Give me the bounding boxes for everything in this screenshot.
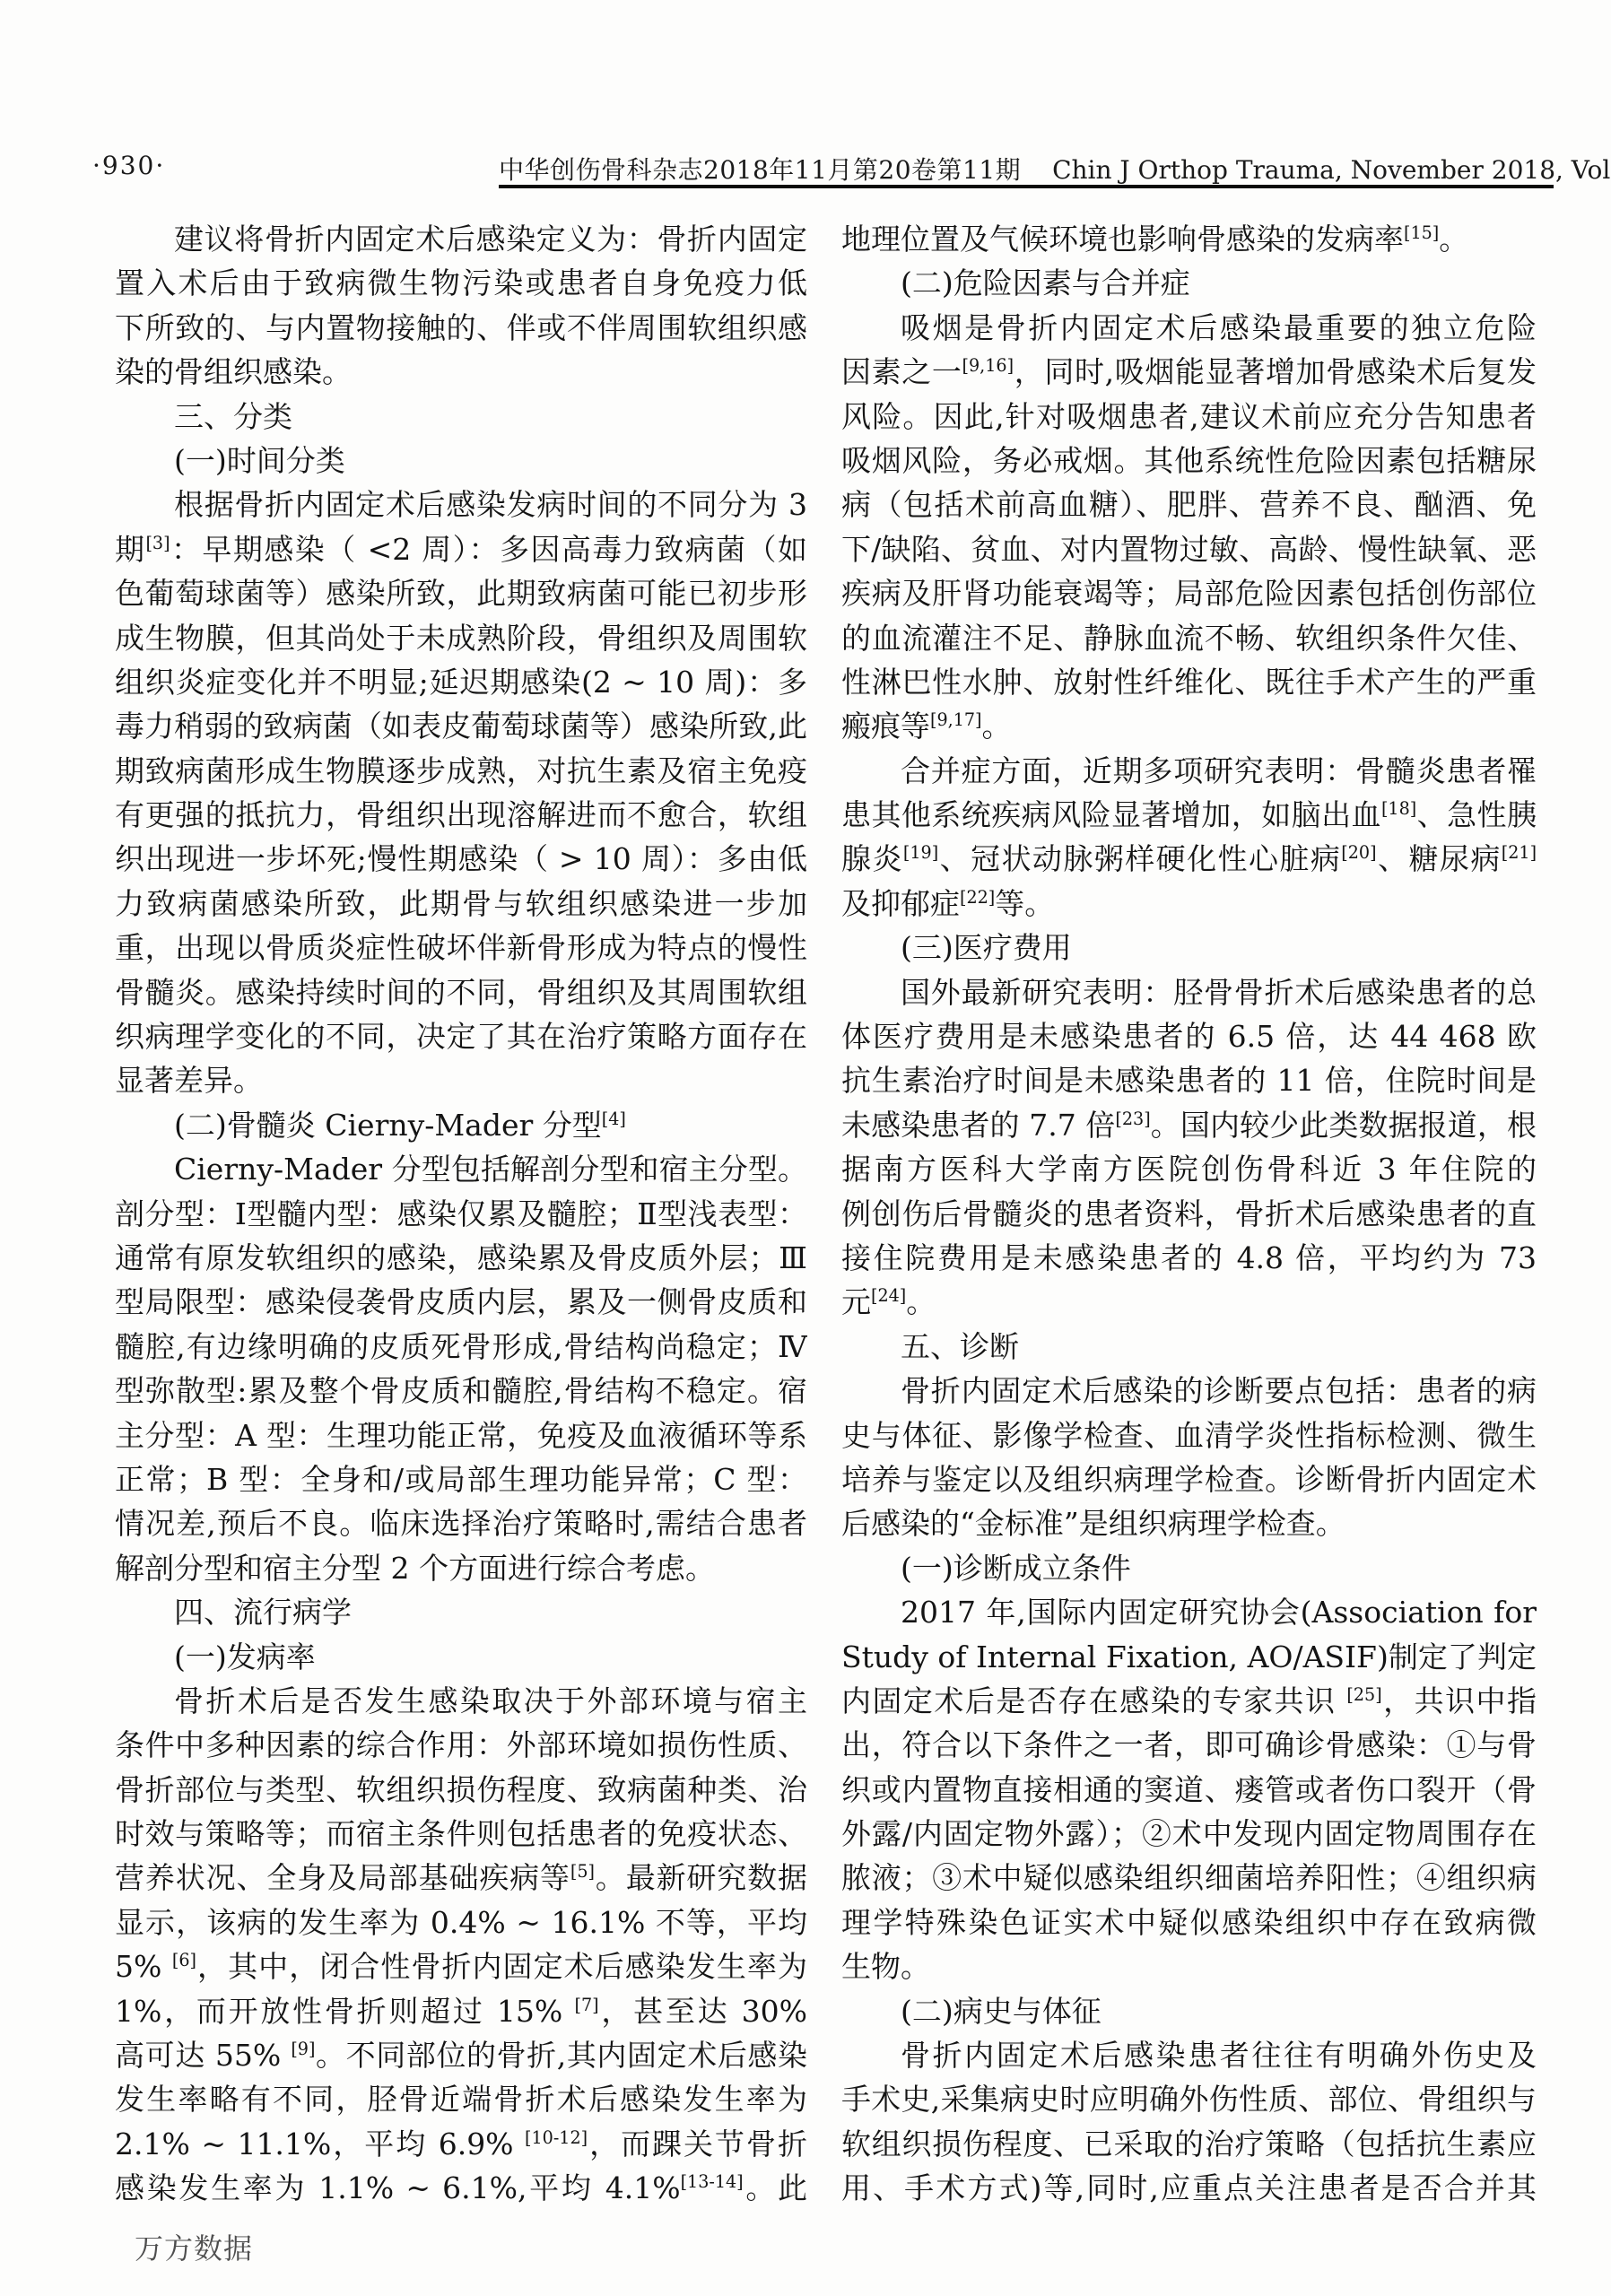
- text-line: 外露/内固定物外露）；②术中发现内固定物周围存在: [841, 1812, 1537, 1856]
- text-line: 织或内置物直接相通的窦道、瘘管或者伤口裂开（骨: [841, 1768, 1537, 1812]
- text-line: 据南方医科大学南方医院创伤骨科近 3 年住院的 278: [841, 1147, 1537, 1191]
- text-line: 根据骨折内固定术后感染发病时间的不同分为 3: [115, 483, 807, 526]
- text-line: (二)骨髓炎 Cierny-Mader 分型[4]: [115, 1103, 807, 1147]
- text-line: 成生物膜，但其尚处于未成熟阶段，骨组织及周围软: [115, 616, 807, 660]
- page-header: ·930· 中华创伤骨科杂志2018年11月第20卷第11期 Chin J Or…: [0, 151, 1611, 187]
- header-divider: [499, 185, 1554, 188]
- text-line: 型弥散型:累及整个骨皮质和髓腔,骨结构不稳定。宿: [115, 1369, 807, 1413]
- text-line: (三)医疗费用: [841, 926, 1537, 970]
- text-line: 接住院费用是未感染患者的 4.8 倍，平均约为 73 500: [841, 1236, 1537, 1280]
- journal-title-en: Chin J Orthop Trauma, November 2018, Vol…: [1052, 155, 1611, 185]
- text-line: 2017 年,国际内固定研究协会(Association for the: [841, 1590, 1537, 1634]
- text-line: 国外最新研究表明：胫骨骨折术后感染患者的总: [841, 970, 1537, 1014]
- text-line: 条件中多种因素的综合作用：外部环境如损伤性质、: [115, 1723, 807, 1767]
- text-line: 显示，该病的发生率为 0.4% ~ 16.1% 不等，平均约: [115, 1900, 807, 1944]
- text-line: 吸烟风险，务必戒烟。其他系统性危险因素包括糖尿: [841, 439, 1537, 483]
- text-line: 理学特殊染色证实术中疑似感染组织中存在致病微: [841, 1900, 1537, 1944]
- text-line: 元[24]。: [841, 1280, 1537, 1324]
- text-line: 重，出现以骨质炎症性破坏伴新骨形成为特点的慢性: [115, 926, 807, 970]
- text-line: 织出现进一步坏死;慢性期感染（ > 10 周）：多由低毒: [115, 837, 807, 881]
- text-line: 病（包括术前高血糖）、肥胖、营养不良、酗酒、免疫低: [841, 483, 1537, 526]
- text-line: 因素之一[9,16]，同时,吸烟能显著增加骨感染术后复发: [841, 350, 1537, 394]
- text-line: 五、诊断: [841, 1325, 1537, 1369]
- text-line: 骨折内固定术后感染的诊断要点包括：患者的病: [841, 1369, 1537, 1413]
- text-line: 下/缺陷、贫血、对内置物过敏、高龄、慢性缺氧、恶性: [841, 527, 1537, 571]
- text-line: 期[3]：早期感染（ <2 周）：多因高毒力致病菌（如金黄: [115, 527, 807, 571]
- text-line: 剖分型：Ⅰ型髓内型：感染仅累及髓腔；Ⅱ型浅表型：: [115, 1192, 807, 1236]
- text-line: 后感染的“金标准”是组织病理学检查。: [841, 1501, 1537, 1545]
- text-line: 骨折内固定术后感染患者往往有明确外伤史及: [841, 2033, 1537, 2077]
- text-line: 吸烟是骨折内固定术后感染最重要的独立危险: [841, 306, 1537, 350]
- text-line: 感染发生率为 1.1% ~ 6.1%,平均 4.1%[13-14]。此外，: [115, 2166, 807, 2210]
- column-right: 地理位置及气候环境也影响骨感染的发病率[15]。(二)危险因素与合并症吸烟是骨折…: [841, 217, 1537, 2211]
- text-line: (二)病史与体征: [841, 1989, 1537, 2033]
- text-line: 抗生素治疗时间是未感染患者的 11 倍，住院时间是: [841, 1058, 1537, 1102]
- text-line: 三、分类: [115, 395, 807, 439]
- text-line: 骨折部位与类型、软组织损伤程度、致病菌种类、治疗: [115, 1768, 807, 1812]
- text-line: 地理位置及气候环境也影响骨感染的发病率[15]。: [841, 217, 1537, 261]
- text-line: 发生率略有不同，胫骨近端骨折术后感染发生率为: [115, 2077, 807, 2121]
- text-line: 1%，而开放性骨折则超过 15% [7]，甚至达 30% [8]，最: [115, 1989, 807, 2033]
- text-line: 毒力稍弱的致病菌（如表皮葡萄球菌等）感染所致,此: [115, 704, 807, 748]
- page-number: ·930·: [92, 151, 165, 180]
- text-line: 四、流行病学: [115, 1590, 807, 1634]
- page: { "page": { "number": "·930·", "journal_…: [0, 0, 1611, 2296]
- text-line: 建议将骨折内固定术后感染定义为：骨折内固定: [115, 217, 807, 261]
- text-line: Study of Internal Fixation, AO/ASIF)制定了判…: [841, 1635, 1537, 1679]
- text-line: 史与体征、影像学检查、血清学炎性指标检测、微生物: [841, 1413, 1537, 1457]
- text-line: 染的骨组织感染。: [115, 350, 807, 394]
- text-line: 显著差异。: [115, 1058, 807, 1102]
- text-line: 高可达 55% [9]。不同部位的骨折,其内固定术后感染: [115, 2033, 807, 2077]
- text-line: 置入术后由于致病微生物污染或患者自身免疫力低: [115, 261, 807, 305]
- text-line: 正常；B 型：全身和/或局部生理功能异常；C 型：全身: [115, 1457, 807, 1501]
- text-line: 通常有原发软组织的感染，感染累及骨皮质外层；Ⅲ: [115, 1236, 807, 1280]
- text-line: 风险。因此,针对吸烟患者,建议术前应充分告知患者: [841, 395, 1537, 439]
- text-line: 力致病菌感染所致，此期骨与软组织感染进一步加: [115, 882, 807, 926]
- text-line: (一)发病率: [115, 1635, 807, 1679]
- text-line: 生物。: [841, 1944, 1537, 1988]
- text-line: 骨髓炎。感染持续时间的不同，骨组织及其周围软组: [115, 970, 807, 1014]
- text-line: 情况差,预后不良。临床选择治疗策略时,需结合患者: [115, 1501, 807, 1545]
- text-line: 疾病及肝肾功能衰竭等；局部危险因素包括创伤部位: [841, 571, 1537, 615]
- text-line: 软组织损伤程度、已采取的治疗策略（包括抗生素应: [841, 2122, 1537, 2166]
- text-line: 手术史,采集病史时应明确外伤性质、部位、骨组织与: [841, 2077, 1537, 2121]
- text-line: 型局限型：感染侵袭骨皮质内层，累及一侧骨皮质和: [115, 1280, 807, 1324]
- text-line: 体医疗费用是未感染患者的 6.5 倍，达 44 468 欧元，: [841, 1014, 1537, 1058]
- text-line: 脓液；③术中疑似感染组织细菌培养阳性；④组织病: [841, 1856, 1537, 1900]
- text-line: (一)时间分类: [115, 439, 807, 483]
- text-line: 营养状况、全身及局部基础疾病等[5]。最新研究数据: [115, 1856, 807, 1900]
- text-line: 髓腔,有边缘明确的皮质死骨形成,骨结构尚稳定；Ⅳ: [115, 1325, 807, 1369]
- text-line: 5% [6]，其中，闭合性骨折内固定术后感染发生率为: [115, 1944, 807, 1988]
- text-line: 下所致的、与内置物接触的、伴或不伴周围软组织感: [115, 306, 807, 350]
- text-line: 瘢痕等[9,17]。: [841, 704, 1537, 748]
- text-line: 解剖分型和宿主分型 2 个方面进行综合考虑。: [115, 1546, 807, 1590]
- text-line: 组织炎症变化并不明显;延迟期感染(2 ~ 10 周)：多由: [115, 660, 807, 704]
- text-line: 色葡萄球菌等）感染所致，此期致病菌可能已初步形: [115, 571, 807, 615]
- text-line: (一)诊断成立条件: [841, 1546, 1537, 1590]
- text-line: 期致病菌形成生物膜逐步成熟，对抗生素及宿主免疫: [115, 749, 807, 793]
- text-line: 患其他系统疾病风险显著增加，如脑出血[18]、急性胰: [841, 793, 1537, 837]
- text-line: 2.1% ~ 11.1%，平均 6.9% [10-12]，而踝关节骨折术后: [115, 2122, 807, 2166]
- text-line: 培养与鉴定以及组织病理学检查。诊断骨折内固定术: [841, 1457, 1537, 1501]
- watermark: 万方数据: [135, 2226, 253, 2267]
- text-line: 出，符合以下条件之一者，即可确诊骨感染：①与骨组: [841, 1723, 1537, 1767]
- text-line: 的血流灌注不足、静脉血流不畅、软组织条件欠佳、慢: [841, 616, 1537, 660]
- text-line: 未感染患者的 7.7 倍[23]。国内较少此类数据报道，根: [841, 1103, 1537, 1147]
- journal-title: 中华创伤骨科杂志2018年11月第20卷第11期 Chin J Orthop T…: [499, 151, 1566, 187]
- text-line: 腺炎[19]、冠状动脉粥样硬化性心脏病[20]、糖尿病[21]以: [841, 837, 1537, 881]
- text-line: 例创伤后骨髓炎的患者资料，骨折术后感染患者的直: [841, 1192, 1537, 1236]
- text-line: 主分型：A 型：生理功能正常，免疫及血液循环等系统: [115, 1413, 807, 1457]
- text-line: 有更强的抵抗力，骨组织出现溶解进而不愈合，软组: [115, 793, 807, 837]
- text-line: Cierny-Mader 分型包括解剖分型和宿主分型。解: [115, 1147, 807, 1191]
- journal-title-cn: 中华创伤骨科杂志2018年11月第20卷第11期: [499, 155, 1021, 185]
- text-line: 用、手术方式)等,同时,应重点关注患者是否合并其: [841, 2166, 1537, 2210]
- text-line: (二)危险因素与合并症: [841, 261, 1537, 305]
- column-left: 建议将骨折内固定术后感染定义为：骨折内固定置入术后由于致病微生物污染或患者自身免…: [115, 217, 807, 2211]
- text-line: 合并症方面，近期多项研究表明：骨髓炎患者罹: [841, 749, 1537, 793]
- text-line: 内固定术后是否存在感染的专家共识 [25]，共识中指: [841, 1679, 1537, 1723]
- text-line: 织病理学变化的不同，决定了其在治疗策略方面存在: [115, 1014, 807, 1058]
- text-line: 骨折术后是否发生感染取决于外部环境与宿主: [115, 1679, 807, 1723]
- text-line: 及抑郁症[22]等。: [841, 882, 1537, 926]
- text-line: 时效与策略等；而宿主条件则包括患者的免疫状态、: [115, 1812, 807, 1856]
- text-line: 性淋巴性水肿、放射性纤维化、既往手术产生的严重: [841, 660, 1537, 704]
